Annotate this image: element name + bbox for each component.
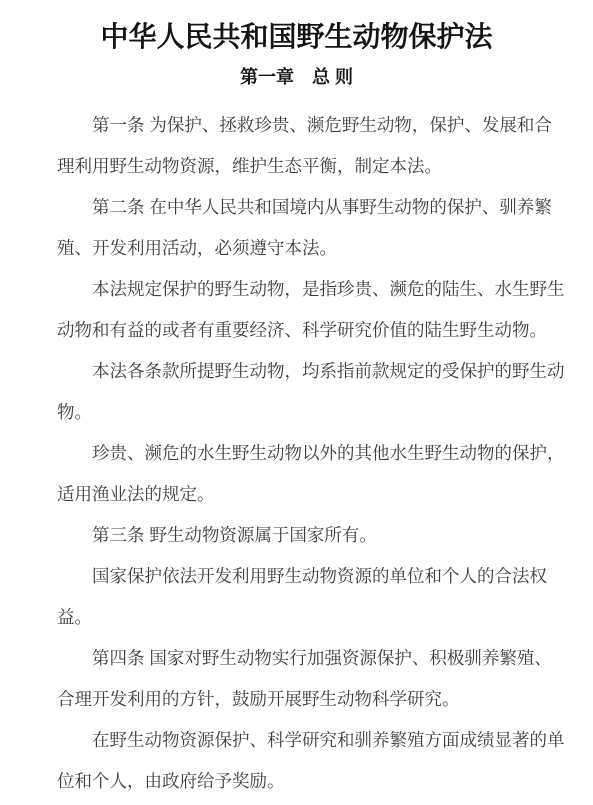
paragraph-line: 位和个人，由政府给予奖励。 [57, 761, 567, 802]
paragraph-line: 物。 [57, 392, 567, 433]
paragraph-line: 第四条 国家对野生动物实行加强资源保护、积极驯养繁殖、 [57, 638, 567, 679]
paragraph-line: 适用渔业法的规定。 [57, 474, 567, 515]
paragraph-line: 第三条 野生动物资源属于国家所有。 [57, 515, 567, 556]
paragraph-line: 合理开发利用的方针，鼓励开展野生动物科学研究。 [57, 679, 567, 720]
paragraph-line: 珍贵、濒危的水生野生动物以外的其他水生野生动物的保护， [57, 433, 567, 474]
paragraph-line: 第一条 为保护、拯救珍贵、濒危野生动物，保护、发展和合 [57, 105, 567, 146]
paragraph-line: 动物和有益的或者有重要经济、科学研究价值的陆生野生动物。 [57, 310, 567, 351]
document-title: 中华人民共和国野生动物保护法 [0, 0, 593, 55]
paragraph-line: 理利用野生动物资源，维护生态平衡，制定本法。 [57, 146, 567, 187]
paragraph-line: 第二条 在中华人民共和国境内从事野生动物的保护、驯养繁 [57, 187, 567, 228]
paragraph-line: 本法各条款所提野生动物，均系指前款规定的受保护的野生动 [57, 351, 567, 392]
document-body: 第一条 为保护、拯救珍贵、濒危野生动物，保护、发展和合 理利用野生动物资源，维护… [0, 105, 593, 802]
document-page: 中华人民共和国野生动物保护法 第一章 总 则 第一条 为保护、拯救珍贵、濒危野生… [0, 0, 593, 805]
paragraph-line: 本法规定保护的野生动物，是指珍贵、濒危的陆生、水生野生 [57, 269, 567, 310]
paragraph-line: 在野生动物资源保护、科学研究和驯养繁殖方面成绩显著的单 [57, 720, 567, 761]
paragraph-line: 国家保护依法开发利用野生动物资源的单位和个人的合法权 [57, 556, 567, 597]
chapter-heading: 第一章 总 则 [0, 64, 593, 90]
paragraph-line: 殖、开发利用活动，必须遵守本法。 [57, 228, 567, 269]
paragraph-line: 益。 [57, 597, 567, 638]
